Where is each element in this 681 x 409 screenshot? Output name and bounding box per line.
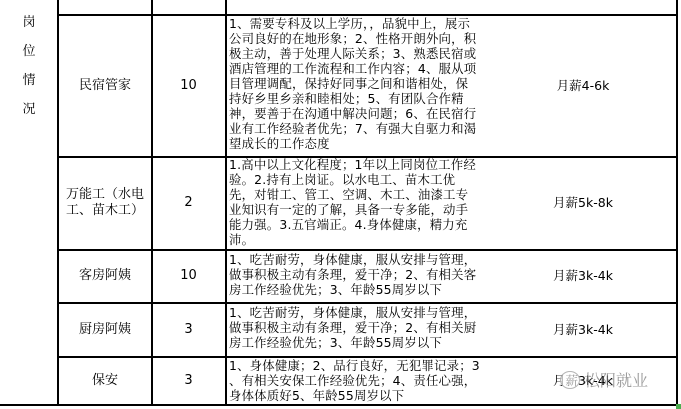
watermark: 松阳就业 (560, 368, 648, 391)
salary-cell: 月薪3k-4k (490, 303, 676, 356)
position-cell: 厨房阿姨 (59, 303, 151, 356)
position-cell: 民宿管家 (59, 15, 151, 156)
position-cell: 万能工（水电工、苗木工） (62, 157, 148, 249)
count-cell: 10 (152, 15, 225, 156)
section-label-char: 况 (18, 95, 40, 124)
selection-corner-handle (676, 404, 681, 409)
section-label: 岗 位 情 况 (18, 8, 40, 124)
salary-cell: 月薪3k-4k (490, 250, 676, 302)
count-cell: 10 (152, 250, 225, 302)
section-label-char: 位 (18, 37, 40, 66)
section-label-char: 岗 (18, 8, 40, 37)
position-cell: 保安 (59, 357, 151, 404)
count-cell: 2 (152, 157, 225, 249)
wechat-logo-icon (560, 371, 580, 389)
row-divider-5 (0, 404, 678, 406)
salary-cell: 月薪5k-8k (490, 157, 676, 249)
count-cell: 3 (152, 357, 225, 404)
count-cell: 3 (152, 303, 225, 356)
column-divider-4 (676, 0, 678, 405)
column-divider-3 (225, 0, 227, 405)
position-cell: 客房阿姨 (59, 250, 151, 302)
watermark-text: 松阳就业 (584, 368, 648, 391)
section-label-char: 情 (18, 66, 40, 95)
salary-cell: 月薪4-6k (490, 15, 676, 156)
